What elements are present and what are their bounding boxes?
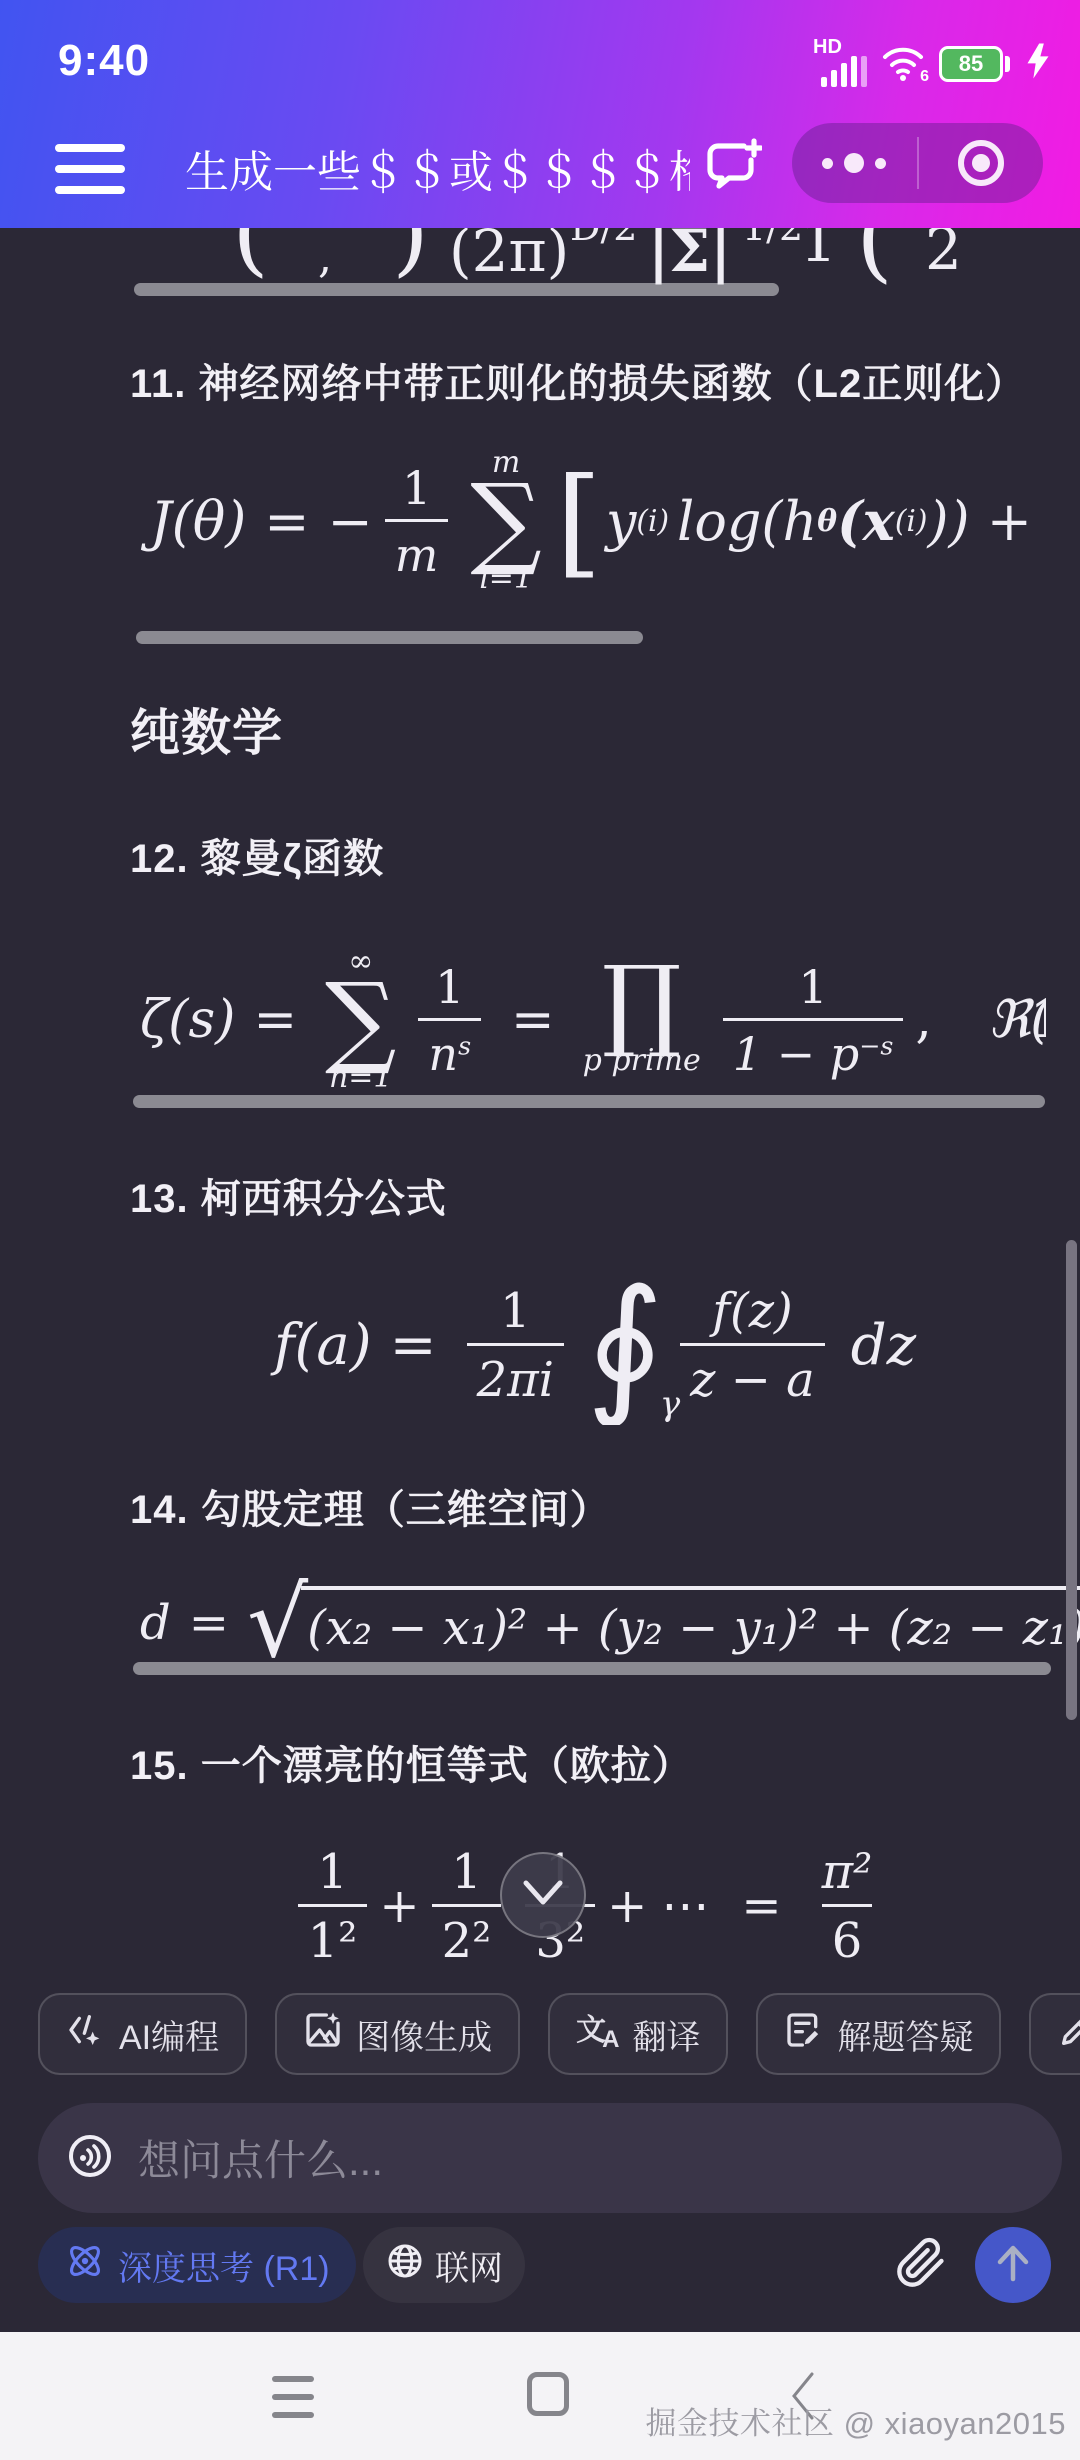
math-ellipsis: ⋯ [661, 1878, 709, 1934]
menu-icon[interactable] [55, 144, 125, 194]
code-sparkle-icon [66, 2010, 106, 2059]
conversation-title: 生成一些＄＄或＄＄＄＄格式⋯ [185, 136, 690, 200]
math-radical-symbol: √ [247, 1586, 308, 1661]
formula-13-cauchy-integral: f(a) = 1 2πi ∮γ f(z) z − a dz [0, 1265, 1080, 1425]
math-sum-symbol: ∑ [325, 979, 396, 1061]
math-numerator: 1 [425, 964, 474, 1018]
system-navigation-bar: 掘金技术社区 @ xiaoyan2015 [0, 2332, 1080, 2460]
math-denominator: z − a [680, 1343, 825, 1404]
chip-homework-help[interactable]: 解题答疑 [756, 1993, 1001, 2075]
math-comma: , [915, 990, 932, 1050]
math-plus: + [379, 1878, 419, 1934]
math-term: y [606, 490, 637, 553]
cellular-signal-icon: HD [819, 40, 867, 87]
chip-label: AI编程 [119, 2010, 219, 2059]
math-equals: = [741, 1878, 781, 1934]
formula-11-loss-function: J(θ) = − 1 m m ∑ i=1 [ y (i) log(h θ (x … [0, 436, 1045, 606]
math-summation: ∞ ∑ n=1 [325, 945, 396, 1096]
section-heading-12: 12. 黎曼ζ函数 [130, 827, 384, 884]
math-numerator: 1 [490, 1287, 541, 1343]
chip-label: 解题答疑 [837, 2010, 973, 2059]
message-input[interactable]: 想问点什么... [38, 2103, 1062, 2213]
math-sum-lower: n=1 [329, 1061, 393, 1096]
math-summation: m ∑ i=1 [470, 446, 541, 597]
charging-bolt-icon [1024, 42, 1052, 85]
record-circle-icon [958, 140, 1004, 186]
math-subscript: θ [817, 504, 837, 539]
voice-input-icon[interactable] [68, 2134, 112, 2183]
wifi-icon: 6 [881, 44, 925, 84]
network-type-label: HD [813, 36, 842, 59]
math-clipped-term: 1 [1030, 990, 1046, 1050]
math-square-root: √ (x₂ − x₁)² + (y₂ − y₁)² + (z₂ − z₁)² [247, 1586, 1080, 1661]
send-button[interactable] [975, 2227, 1051, 2303]
title-row: 生成一些＄＄或＄＄＄＄格式⋯ [0, 118, 1080, 214]
math-bracket: [ [556, 474, 602, 568]
math-lhs: J(θ) [150, 490, 246, 553]
math-numerator: 1 [392, 465, 441, 519]
more-dots-icon [822, 153, 886, 173]
math-fraction: 1 2² [432, 1848, 502, 1965]
input-placeholder: 想问点什么... [138, 2128, 383, 2188]
section-heading-11: 11. 神经网络中带正则化的损失函数（L2正则化） [130, 352, 1026, 409]
math-numerator: 1 [307, 1848, 358, 1904]
math-numerator: f(z) [702, 1287, 803, 1343]
math-equals: = [390, 1313, 437, 1378]
atom-icon [64, 2240, 106, 2291]
composer-actions: 深度思考 (R1) 联网 [0, 2227, 1080, 2303]
math-denominator: m [385, 519, 449, 578]
app-screen: ( , ) (2π) D/2 |Σ| 1/2 1 ( 2 11. 神经网络中带正… [0, 0, 1080, 2460]
new-chat-button[interactable] [704, 138, 762, 197]
math-radicand: (x₂ − x₁)² + (y₂ − y₁)² + (z₂ − z₁)² [301, 1586, 1080, 1656]
status-icons: HD 6 85 [819, 40, 1052, 87]
math-superscript: s [458, 1031, 471, 1060]
math-lhs: d [140, 1595, 171, 1651]
math-fraction: 1 ns [418, 964, 481, 1077]
more-options-button[interactable] [792, 123, 917, 203]
vertical-scrollbar[interactable] [1066, 1240, 1077, 1720]
math-lhs: f(a) [274, 1313, 372, 1378]
math-numerator: 1 [788, 964, 837, 1018]
deep-think-toggle[interactable]: 深度思考 (R1) [38, 2227, 356, 2303]
math-fraction: 1 2πi [467, 1287, 564, 1404]
math-minus: − [328, 490, 373, 553]
chip-translate[interactable]: 文A 翻译 [548, 1993, 728, 2075]
math-oint-lower: γ [660, 1394, 680, 1415]
chevron-down-icon [520, 1878, 566, 1913]
math-equals: = [511, 990, 555, 1050]
section-heading-15: 15. 一个漂亮的恒等式（欧拉） [130, 1734, 693, 1791]
math-term: )) + (1 − y [927, 490, 1045, 553]
document-pen-icon [784, 2010, 824, 2059]
web-search-toggle[interactable]: 联网 [363, 2227, 525, 2303]
chip-ai-coding[interactable]: AI编程 [38, 1993, 247, 2075]
battery-percent: 85 [959, 51, 983, 77]
math-denominator: 1 − p−s [723, 1018, 904, 1077]
battery-icon: 85 [939, 46, 1010, 82]
quick-action-chips: AI编程 图像生成 文A 翻译 解题答疑 帮我写作 [38, 1993, 1080, 2075]
capsule-close-button[interactable] [919, 123, 1044, 203]
formula-fragment-sigma: |Σ| [648, 222, 731, 280]
formula-fragment-base: (2π) [449, 222, 569, 280]
math-term: n [428, 1027, 458, 1081]
math-product-symbol: ∏ [602, 962, 682, 1044]
math-denominator: 2πi [467, 1343, 564, 1404]
formula-hscrollbar[interactable] [133, 1095, 1045, 1108]
math-equals: = [189, 1595, 229, 1651]
web-search-label: 联网 [435, 2241, 503, 2290]
math-fraction: f(z) z − a [680, 1287, 825, 1404]
section-heading-pure-math: 纯数学 [130, 693, 283, 765]
math-denominator: 6 [822, 1904, 873, 1965]
home-button[interactable] [527, 2372, 569, 2416]
formula-fragment-two: 2 [925, 220, 962, 278]
math-term: dz [851, 1313, 916, 1378]
math-denominator: ns [418, 1018, 481, 1077]
chip-label: 翻译 [632, 2010, 700, 2059]
watermark-text: 掘金技术社区 @ xiaoyan2015 [645, 2398, 1066, 2443]
math-product: ∏ p prime [583, 962, 701, 1079]
formula-hscrollbar[interactable] [136, 631, 643, 644]
attachment-button[interactable] [895, 2237, 947, 2294]
math-product-lower: p prime [583, 1044, 701, 1079]
chip-help-me-write[interactable]: 帮我写作 [1029, 1993, 1080, 2075]
arrow-up-icon [991, 2241, 1035, 2290]
math-numerator: π² [812, 1848, 883, 1904]
formula-12-riemann-zeta: ζ(s) = ∞ ∑ n=1 1 ns = ∏ p prime 1 1 − p−… [0, 940, 1046, 1100]
status-time: 9:40 [58, 36, 150, 86]
math-numerator: 1 [441, 1848, 492, 1904]
app-header: 9:40 HD 6 85 生成一些＄＄或＄＄＄＄格式⋯ [0, 0, 1080, 228]
section-heading-14: 14. 勾股定理（三维空间） [130, 1478, 611, 1535]
chip-label: 图像生成 [356, 2010, 492, 2059]
recents-button[interactable] [272, 2376, 314, 2418]
math-equals: = [253, 990, 297, 1050]
chip-image-generation[interactable]: 图像生成 [275, 1993, 520, 2075]
math-denominator: 1² [298, 1904, 368, 1965]
translate-icon-en: A [602, 2028, 619, 2052]
math-oint-symbol: ∮ [586, 1265, 664, 1425]
section-heading-13: 13. 柯西积分公式 [130, 1167, 447, 1224]
wifi-6-badge: 6 [920, 68, 929, 86]
math-contour-integral: ∮γ [586, 1299, 664, 1392]
math-superscript: (i) [636, 504, 669, 539]
math-sum-symbol: ∑ [470, 480, 541, 562]
math-plus: + [607, 1878, 647, 1934]
math-denominator: 2² [432, 1904, 502, 1965]
math-superscript: −s [859, 1031, 893, 1060]
scroll-to-bottom-button[interactable] [500, 1852, 586, 1938]
math-fraction: 1 1 − p−s [723, 964, 904, 1077]
math-fraction: 1 1² [298, 1848, 368, 1965]
miniprogram-capsule [792, 123, 1043, 203]
deep-think-label: 深度思考 (R1) [118, 2241, 330, 2290]
math-lhs: ζ(s) [140, 990, 235, 1050]
formula-hscrollbar[interactable] [133, 1662, 1051, 1675]
translate-icon: 文A [576, 2016, 619, 2052]
math-term: (x [837, 489, 895, 553]
formula-fragment-comma: , [318, 236, 332, 280]
math-fraction: π² 6 [812, 1848, 883, 1965]
math-equals: = [264, 490, 309, 553]
math-fraction: 1 m [385, 465, 449, 578]
math-term: 1 − p [733, 1027, 860, 1081]
math-sum-lower: i=1 [479, 562, 533, 597]
globe-icon [385, 2241, 425, 2290]
math-term: log(h [677, 490, 817, 553]
image-sparkle-icon [303, 2010, 343, 2059]
math-superscript: (i) [895, 504, 928, 539]
pen-sparkle-icon [1057, 2010, 1080, 2059]
